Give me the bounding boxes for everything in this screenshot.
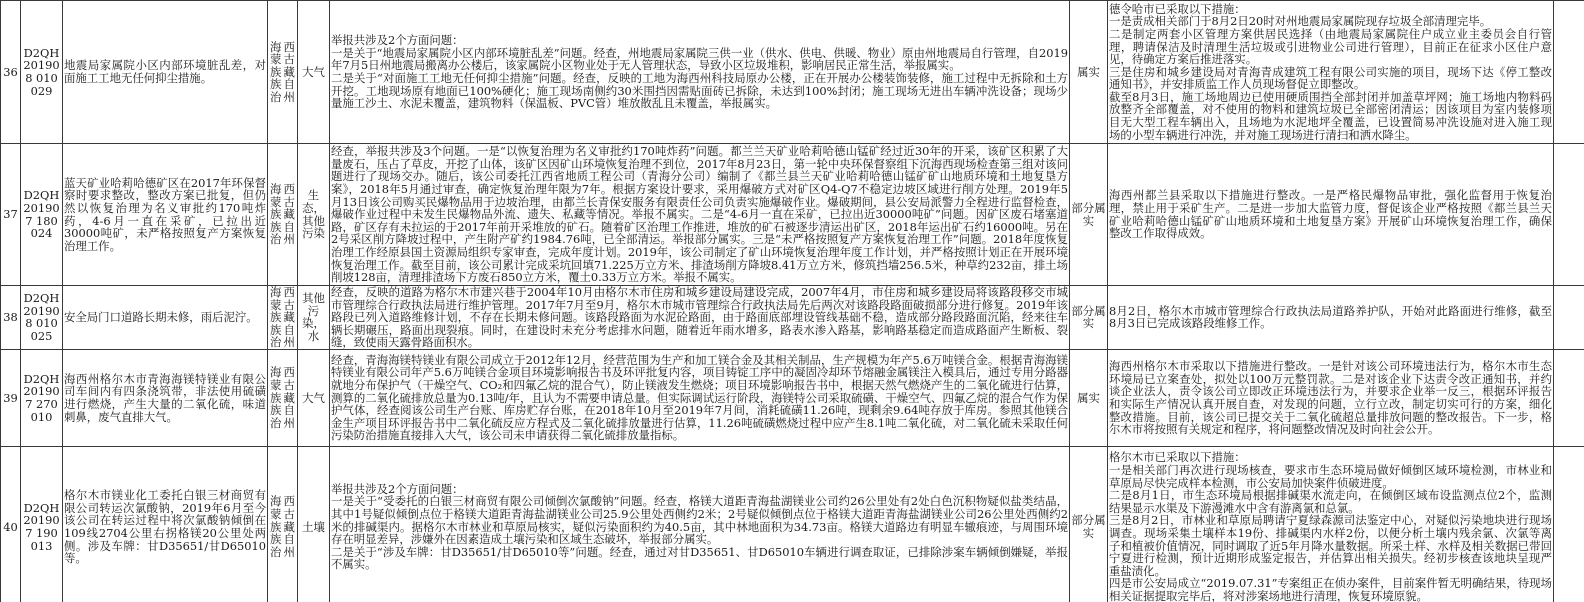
remarks: [1554, 144, 1584, 286]
complaint-content: 格尔木市镁业化工委托白银三材商贸有限公司转运次氯酸钠，2019年6月至今该公司在…: [63, 446, 268, 602]
region-col-left: 海蒙族族治: [269, 495, 283, 558]
investigation-findings: 经查，青海海镁特镁业有限公司成立于2012年12月，经营范围为生产和加工镁合金及…: [330, 349, 1070, 446]
investigation-findings: 经查，反映的道路为格尔木市建兴巷于2004年10月由格尔木市住房和城乡建设局建设…: [330, 286, 1070, 350]
case-id: D2QH 201907 270010: [21, 349, 63, 446]
pollution-type: 大气: [298, 349, 330, 446]
region-col-right: 西古藏自州: [283, 41, 297, 104]
region-col-left: 海蒙族族治: [269, 41, 283, 104]
table-row: 36 D2QH 201908 010029 地震局家属院小区内部环境脏乱差，对面…: [1, 1, 1584, 144]
row-number: 37: [1, 144, 21, 286]
region: 西古藏自州 海蒙族族治: [268, 349, 298, 446]
investigation-findings: 经查，举报共涉及3个问题。一是“以恢复治理为名义审批约170吨炸药”问题。都兰兰…: [330, 144, 1070, 286]
pollution-type: 生态，其他污染: [298, 144, 330, 286]
rectification-actions: 海西州都兰县采取以下措施进行整改。一是严格民爆物品审批，强化监督用于恢复治理，禁…: [1108, 144, 1554, 286]
verdict: 属实: [1070, 349, 1108, 446]
complaint-content: 海西州格尔木市青海海镁特镁业有限公司车间内有四条浇筑带，非法使用硫磺进行燃烧，产…: [63, 349, 268, 446]
verdict: 部分属实: [1070, 446, 1108, 602]
complaint-content: 地震局家属院小区内部环境脏乱差，对面施工工地无任何抑尘措施。: [63, 1, 268, 144]
rectification-actions: 格尔木市已采取以下措施： 一是相关部门再次进行现场核查，要求市生态环境局做好倾倒…: [1108, 446, 1554, 602]
remarks: [1554, 349, 1584, 446]
table-row: 40 D2QH 201907 190013 格尔木市镁业化工委托白银三材商贸有限…: [1, 446, 1584, 602]
region-col-left: 海蒙族族治: [269, 286, 283, 349]
case-id: D2QH 201908 010025: [21, 286, 63, 350]
table-row: 39 D2QH 201907 270010 海西州格尔木市青海海镁特镁业有限公司…: [1, 349, 1584, 446]
pollution-type: 其他污染，水: [298, 286, 330, 350]
rectification-actions: 8月2日，格尔木市城市管理综合行政执法局道路养护队，开始对此路面进行维修，截至8…: [1108, 286, 1554, 350]
region-col-right: 西古藏自州: [283, 286, 297, 349]
complaint-content: 蓝天矿业哈莉哈德矿区在2017年环保督察时要求整改，整改方案已批复，但仍然以恢复…: [63, 144, 268, 286]
pollution-type: 土壤: [298, 446, 330, 602]
region: 西古藏自州 海蒙族族治: [268, 144, 298, 286]
rectification-actions: 德令哈市已采取以下措施： 一是责成相关部门于8月2日20时对州地震局家属院现存垃…: [1108, 1, 1554, 144]
investigation-findings: 举报共涉及2个方面问题： 一是关于“地震局家属院小区内部环境脏乱差”问题。经查，…: [330, 1, 1070, 144]
case-id: D2QH 201908 010029: [21, 1, 63, 144]
rectification-actions: 海西州格尔木市采取以下措施进行整改。一是针对该公司环境违法行为，格尔木市生态环境…: [1108, 349, 1554, 446]
region-col-right: 西古藏自州: [283, 183, 297, 246]
region-col-left: 海蒙族族治: [269, 183, 283, 246]
row-number: 36: [1, 1, 21, 144]
region: 西古藏自州 海蒙族族治: [268, 446, 298, 602]
region: 西古藏自州 海蒙族族治: [268, 286, 298, 350]
region: 西古藏自州 海蒙族族治: [268, 1, 298, 144]
region-col-right: 西古藏自州: [283, 366, 297, 429]
row-number: 39: [1, 349, 21, 446]
verdict: 属实: [1070, 1, 1108, 144]
remarks: [1554, 286, 1584, 350]
verdict: 部分属实: [1070, 286, 1108, 350]
case-id: D2QH 201907 180024: [21, 144, 63, 286]
pollution-type: 大气: [298, 1, 330, 144]
table-row: 38 D2QH 201908 010025 安全局门口道路长期未修，雨后泥泞。 …: [1, 286, 1584, 350]
table-row: 37 D2QH 201907 180024 蓝天矿业哈莉哈德矿区在2017年环保…: [1, 144, 1584, 286]
row-number: 40: [1, 446, 21, 602]
investigation-findings: 举报共涉及2个方面问题： 一是关于“受委托的白银三材商贸有限公司倾倒次氯酸钠”问…: [330, 446, 1070, 602]
complaint-table: 36 D2QH 201908 010029 地震局家属院小区内部环境脏乱差，对面…: [0, 0, 1584, 602]
region-col-left: 海蒙族族治: [269, 366, 283, 429]
row-number: 38: [1, 286, 21, 350]
remarks: [1554, 1, 1584, 144]
region-col-right: 西古藏自州: [283, 495, 297, 558]
remarks: [1554, 446, 1584, 602]
verdict: 部分属实: [1070, 144, 1108, 286]
case-id: D2QH 201907 190013: [21, 446, 63, 602]
complaint-content: 安全局门口道路长期未修，雨后泥泞。: [63, 286, 268, 350]
